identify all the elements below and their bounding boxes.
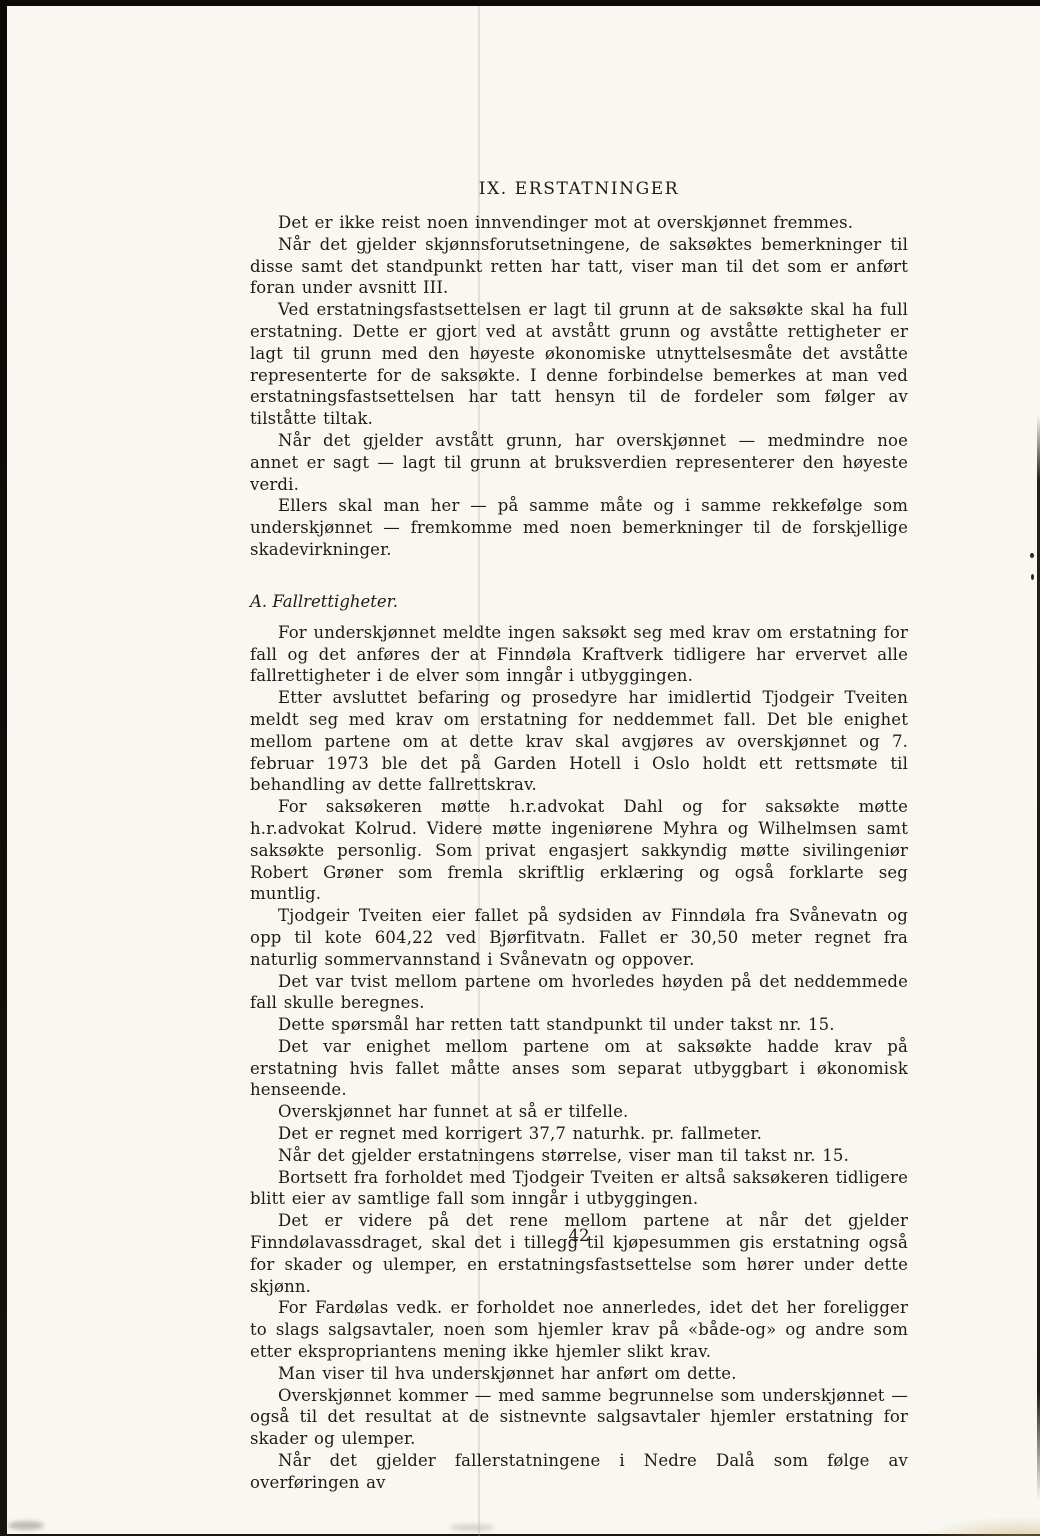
scan-smudge bbox=[450, 1524, 494, 1531]
paragraph: Når det gjelder avstått grunn, har overs… bbox=[250, 430, 908, 495]
section-heading: A. Fallrettigheter. bbox=[250, 591, 908, 613]
scan-speck bbox=[1030, 553, 1034, 558]
paragraph: Tjodgeir Tveiten eier fallet på sydsiden… bbox=[250, 905, 908, 970]
paragraph: Ved erstatningsfastsettelsen er lagt til… bbox=[250, 299, 908, 430]
paragraph: Bortsett fra forholdet med Tjodgeir Tvei… bbox=[250, 1167, 908, 1211]
paragraph: Etter avsluttet befaring og prosedyre ha… bbox=[250, 687, 908, 796]
paragraph: Det var tvist mellom partene om hvorlede… bbox=[250, 971, 908, 1015]
paragraph: Ellers skal man her — på samme måte og i… bbox=[250, 495, 908, 560]
scan-edge-left bbox=[0, 0, 7, 1536]
page-title: IX. ERSTATNINGER bbox=[250, 178, 908, 200]
paragraph: Når det gjelder erstatningens størrelse,… bbox=[250, 1145, 908, 1167]
document-text-column: IX. ERSTATNINGER Det er ikke reist noen … bbox=[250, 178, 908, 1494]
paragraph: Det er regnet med korrigert 37,7 naturhk… bbox=[250, 1123, 908, 1145]
scan-edge-top bbox=[0, 0, 1040, 6]
paragraph: Når det gjelder fallerstatningene i Nedr… bbox=[250, 1450, 908, 1494]
scan-speck bbox=[1031, 574, 1034, 580]
paragraph: Det er videre på det rene mellom partene… bbox=[250, 1210, 908, 1297]
paragraph: Man viser til hva underskjønnet har anfø… bbox=[250, 1363, 908, 1385]
paragraph: For Fardølas vedk. er forholdet noe anne… bbox=[250, 1297, 908, 1362]
paragraph: Det var enighet mellom partene om at sak… bbox=[250, 1036, 908, 1101]
paragraph: Overskjønnet kommer — med samme begrunne… bbox=[250, 1385, 908, 1450]
paragraph: For saksøkeren møtte h.r.advokat Dahl og… bbox=[250, 796, 908, 905]
paragraph: Det er ikke reist noen innvendinger mot … bbox=[250, 212, 908, 234]
scan-smudge bbox=[920, 1516, 1040, 1536]
paragraph: Overskjønnet har funnet at så er tilfell… bbox=[250, 1101, 908, 1123]
paragraph: For underskjønnet meldte ingen saksøkt s… bbox=[250, 622, 908, 687]
page-number: 42 bbox=[250, 1226, 908, 1245]
scan-smudge bbox=[8, 1521, 44, 1530]
paragraph: Dette spørsmål har retten tatt standpunk… bbox=[250, 1014, 908, 1036]
paragraph: Når det gjelder skjønnsforutsetningene, … bbox=[250, 234, 908, 299]
